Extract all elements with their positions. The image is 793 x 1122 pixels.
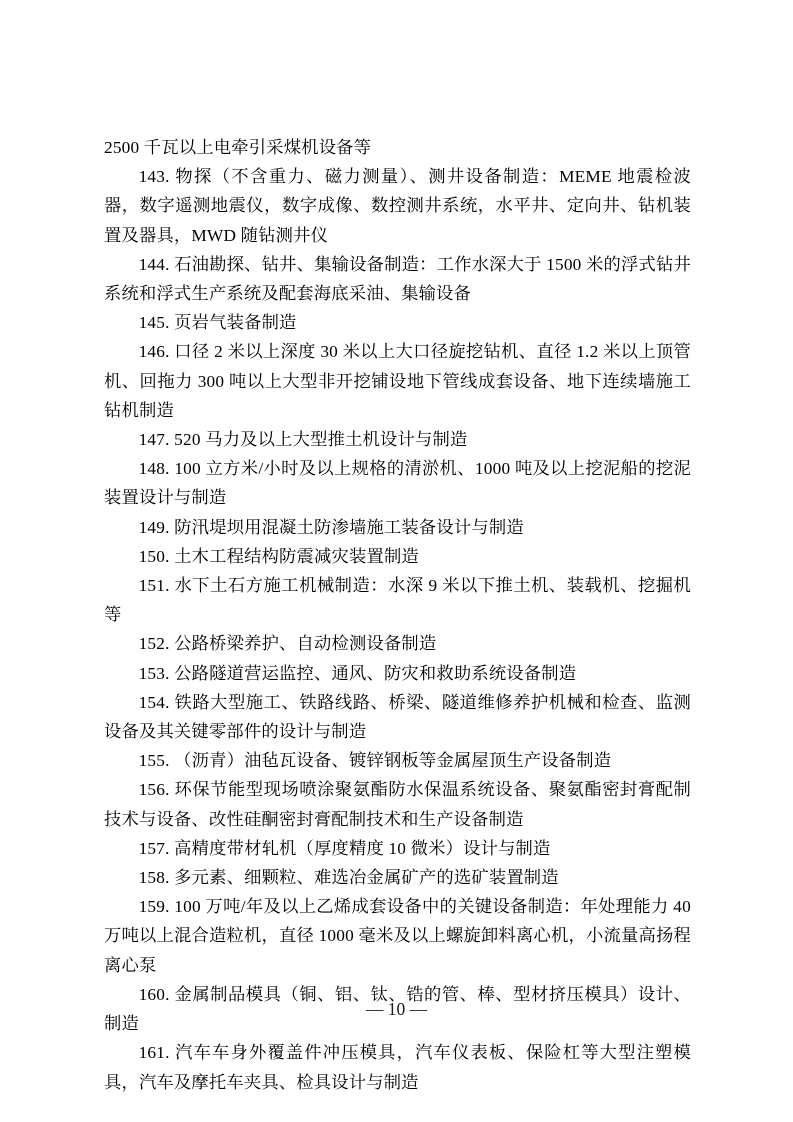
item-text: 口径 2 米以上深度 30 米以上大口径旋挖钻机、直径 1.2 米以上顶管机、回… (104, 342, 691, 419)
item-number: 150. (139, 547, 170, 566)
list-item: 158. 多元素、细颗粒、难选冶金属矿产的选矿装置制造 (104, 863, 691, 892)
list-item: 153. 公路隧道营运监控、通风、防灾和救助系统设备制造 (104, 659, 691, 688)
list-item: 151. 水下土石方施工机械制造：水深 9 米以下推土机、装载机、挖掘机等 (104, 571, 691, 629)
page-body-text: 2500 千瓦以上电牵引采煤机设备等 143. 物探（不含重力、磁力测量）、测井… (104, 133, 691, 1097)
item-text: 水下土石方施工机械制造：水深 9 米以下推土机、装载机、挖掘机等 (104, 576, 691, 624)
list-item: 146. 口径 2 米以上深度 30 米以上大口径旋挖钻机、直径 1.2 米以上… (104, 337, 691, 425)
item-text: 520 马力及以上大型推土机设计与制造 (174, 430, 467, 449)
item-number: 145. (139, 313, 170, 332)
item-text: 物探（不含重力、磁力测量）、测井设备制造：MEME 地震检波器，数字遥测地震仪，… (104, 167, 691, 244)
item-text: 汽车车身外覆盖件冲压模具，汽车仪表板、保险杠等大型注塑模具，汽车及摩托车夹具、检… (104, 1043, 691, 1091)
page-footer: — 10 — (0, 999, 793, 1020)
item-number: 156. (139, 780, 170, 799)
list-item: 143. 物探（不含重力、磁力测量）、测井设备制造：MEME 地震检波器，数字遥… (104, 162, 691, 250)
item-text: 石油勘探、钻井、集输设备制造：工作水深大于 1500 米的浮式钻井系统和浮式生产… (104, 255, 691, 303)
item-text: 多元素、细颗粒、难选冶金属矿产的选矿装置制造 (174, 868, 559, 887)
item-text: 土木工程结构防震减灾装置制造 (174, 547, 419, 566)
list-item: 161. 汽车车身外覆盖件冲压模具，汽车仪表板、保险杠等大型注塑模具，汽车及摩托… (104, 1038, 691, 1096)
item-number: 143. (139, 167, 170, 186)
item-number: 148. (139, 459, 170, 478)
continuation-line: 2500 千瓦以上电牵引采煤机设备等 (104, 133, 691, 162)
item-number: 146. (139, 342, 170, 361)
item-number: 153. (139, 664, 170, 683)
page-number: — 10 — (366, 999, 427, 1019)
item-text: 100 立方米/小时及以上规格的清淤机、1000 吨及以上挖泥船的挖泥装置设计与… (104, 459, 691, 507)
item-text: 页岩气装备制造 (174, 313, 296, 332)
item-number: 152. (139, 634, 170, 653)
list-item: 147. 520 马力及以上大型推土机设计与制造 (104, 425, 691, 454)
item-text: 铁路大型施工、铁路线路、桥梁、隧道维修养护机械和检查、监测设备及其关键零部件的设… (104, 693, 691, 741)
list-item: 145. 页岩气装备制造 (104, 308, 691, 337)
item-number: 149. (139, 518, 170, 537)
list-item: 152. 公路桥梁养护、自动检测设备制造 (104, 629, 691, 658)
list-item: 148. 100 立方米/小时及以上规格的清淤机、1000 吨及以上挖泥船的挖泥… (104, 454, 691, 512)
catalog-list: 143. 物探（不含重力、磁力测量）、测井设备制造：MEME 地震检波器，数字遥… (104, 162, 691, 1097)
item-number: 157. (139, 839, 170, 858)
item-text: 公路桥梁养护、自动检测设备制造 (174, 634, 436, 653)
item-text: 防汛堤坝用混凝土防渗墙施工装备设计与制造 (174, 518, 524, 537)
list-item: 155. （沥青）油毡瓦设备、镀锌钢板等金属屋顶生产设备制造 (104, 746, 691, 775)
list-item: 159. 100 万吨/年及以上乙烯成套设备中的关键设备制造：年处理能力 40 … (104, 892, 691, 980)
item-text: 环保节能型现场喷涂聚氨酯防水保温系统设备、聚氨酯密封膏配制技术与设备、改性硅酮密… (104, 780, 691, 828)
item-number: 147. (139, 430, 170, 449)
item-text: 高精度带材轧机（厚度精度 10 微米）设计与制造 (174, 839, 550, 858)
list-item: 149. 防汛堤坝用混凝土防渗墙施工装备设计与制造 (104, 513, 691, 542)
list-item: 154. 铁路大型施工、铁路线路、桥梁、隧道维修养护机械和检查、监测设备及其关键… (104, 688, 691, 746)
list-item: 157. 高精度带材轧机（厚度精度 10 微米）设计与制造 (104, 834, 691, 863)
item-number: 151. (139, 576, 170, 595)
list-item: 144. 石油勘探、钻井、集输设备制造：工作水深大于 1500 米的浮式钻井系统… (104, 250, 691, 308)
item-number: 144. (139, 255, 170, 274)
item-text: 100 万吨/年及以上乙烯成套设备中的关键设备制造：年处理能力 40 万吨以上混… (104, 897, 691, 974)
item-text: 公路隧道营运监控、通风、防灾和救助系统设备制造 (174, 664, 576, 683)
item-number: 158. (139, 868, 170, 887)
item-number: 161. (139, 1043, 170, 1062)
list-item: 156. 环保节能型现场喷涂聚氨酯防水保温系统设备、聚氨酯密封膏配制技术与设备、… (104, 775, 691, 833)
item-text: （沥青）油毡瓦设备、镀锌钢板等金属屋顶生产设备制造 (174, 751, 611, 770)
item-number: 159. (139, 897, 170, 916)
item-number: 154. (139, 693, 170, 712)
list-item: 150. 土木工程结构防震减灾装置制造 (104, 542, 691, 571)
item-number: 155. (139, 751, 170, 770)
